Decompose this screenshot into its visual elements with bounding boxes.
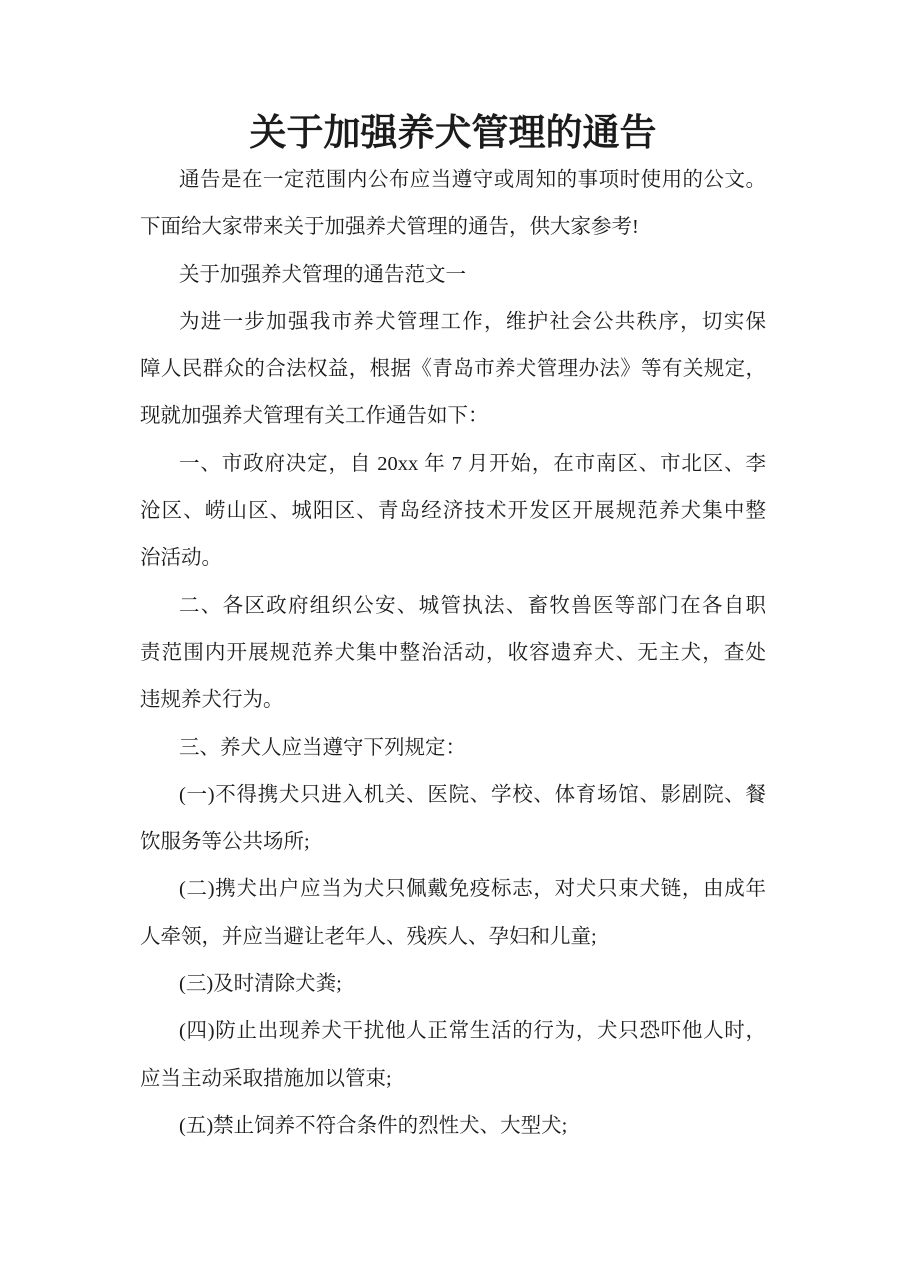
paragraph-line: 治活动。	[140, 535, 766, 582]
paragraph-line: (三)及时清除犬粪;	[140, 961, 766, 1008]
paragraph-line: 应当主动采取措施加以管束;	[140, 1056, 766, 1103]
paragraph-line: 三、养犬人应当遵守下列规定：	[140, 725, 766, 772]
paragraph-line: 通告是在一定范围内公布应当遵守或周知的事项时使用的公文。	[140, 157, 766, 204]
paragraph-line: 为进一步加强我市养犬管理工作，维护社会公共秩序，切实保	[140, 299, 766, 346]
paragraph-line: 二、各区政府组织公安、城管执法、畜牧兽医等部门在各自职	[140, 583, 766, 630]
paragraph-line: 饮服务等公共场所;	[140, 819, 766, 866]
paragraph-line: 障人民群众的合法权益，根据《青岛市养犬管理办法》等有关规定，	[140, 346, 766, 393]
paragraph-line: 一、市政府决定，自 20xx 年 7 月开始，在市南区、市北区、李	[140, 441, 766, 488]
paragraph-line: 下面给大家带来关于加强养犬管理的通告，供大家参考!	[140, 204, 766, 251]
paragraph-line: 人牵领，并应当避让老年人、残疾人、孕妇和儿童;	[140, 914, 766, 961]
document-page: 关于加强养犬管理的通告 通告是在一定范围内公布应当遵守或周知的事项时使用的公文。…	[0, 0, 904, 1280]
paragraph-line: 现就加强养犬管理有关工作通告如下：	[140, 393, 766, 440]
paragraph-line: 沧区、崂山区、城阳区、青岛经济技术开发区开展规范养犬集中整	[140, 488, 766, 535]
document-title: 关于加强养犬管理的通告	[140, 106, 766, 162]
paragraph-line: (四)防止出现养犬干扰他人正常生活的行为，犬只恐吓他人时，	[140, 1008, 766, 1055]
paragraph-line: 关于加强养犬管理的通告范文一	[140, 252, 766, 299]
paragraph-line: (五)禁止饲养不符合条件的烈性犬、大型犬;	[140, 1103, 766, 1150]
document-body: 通告是在一定范围内公布应当遵守或周知的事项时使用的公文。下面给大家带来关于加强养…	[140, 157, 766, 1150]
paragraph-line: 责范围内开展规范养犬集中整治活动，收容遗弃犬、无主犬，查处	[140, 630, 766, 677]
paragraph-line: (二)携犬出户应当为犬只佩戴免疫标志，对犬只束犬链，由成年	[140, 866, 766, 913]
paragraph-line: 违规养犬行为。	[140, 677, 766, 724]
paragraph-line: (一)不得携犬只进入机关、医院、学校、体育场馆、影剧院、餐	[140, 772, 766, 819]
